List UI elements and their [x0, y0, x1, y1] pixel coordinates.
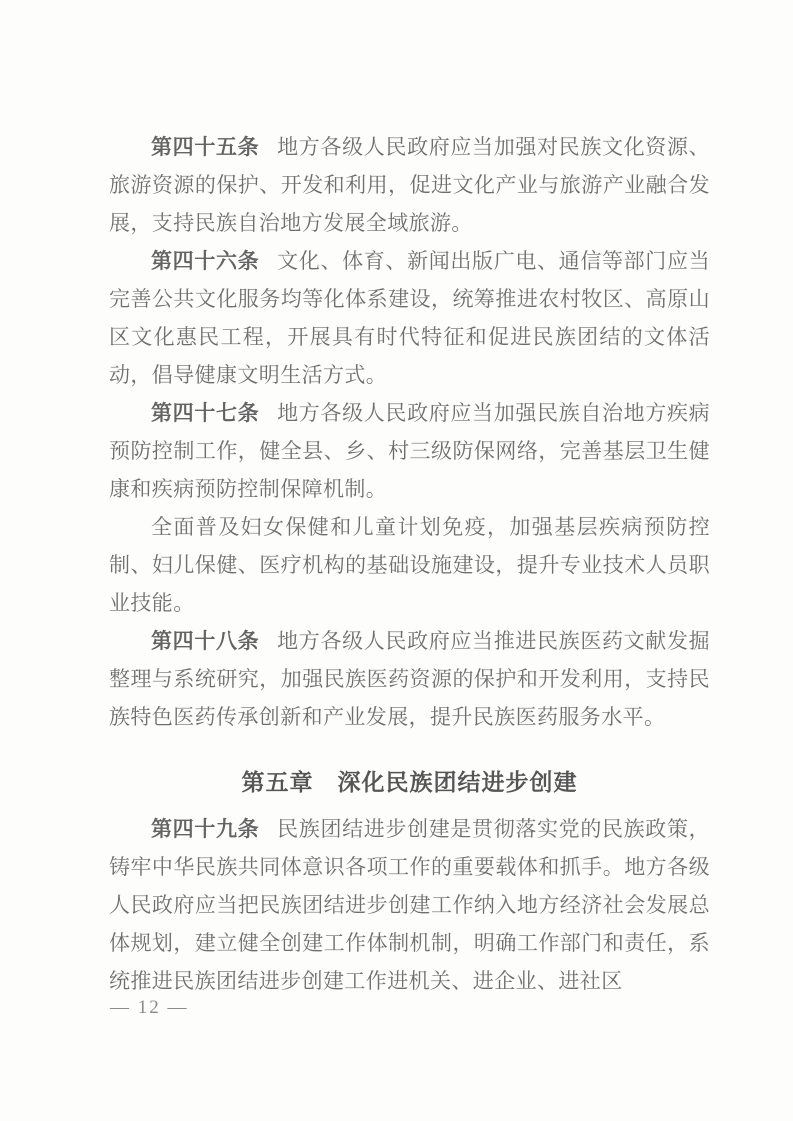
chapter-heading: 第五章 深化民族团结进步创建 — [109, 762, 710, 802]
article-paragraph: 第四十九条民族团结进步创建是贯彻落实党的民族政策，铸牢中华民族共同体意识各项工作… — [109, 810, 710, 1000]
body-paragraph: 全面普及妇女保健和儿童计划免疫，加强基层疾病预防控制、妇儿保健、医疗机构的基础设… — [109, 508, 710, 622]
article-paragraph: 第四十五条地方各级人民政府应当加强对民族文化资源、旅游资源的保护、开发和利用，促… — [109, 128, 710, 242]
article-number: 第四十五条 — [151, 135, 259, 159]
article-paragraph: 第四十八条地方各级人民政府应当推进民族医药文献发掘整理与系统研究，加强民族医药资… — [109, 622, 710, 736]
article-number: 第四十八条 — [151, 629, 259, 653]
article-paragraph: 第四十六条文化、体育、新闻出版广电、通信等部门应当完善公共文化服务均等化体系建设… — [109, 242, 710, 394]
article-number: 第四十七条 — [151, 401, 259, 425]
article-text: 民族团结进步创建是贯彻落实党的民族政策，铸牢中华民族共同体意识各项工作的重要载体… — [109, 817, 710, 993]
article-paragraph: 第四十七条地方各级人民政府应当加强民族自治地方疾病预防控制工作，健全县、乡、村三… — [109, 394, 710, 508]
page-number: — 12 — — [110, 996, 189, 1020]
article-number: 第四十六条 — [151, 249, 259, 273]
paragraph-text: 全面普及妇女保健和儿童计划免疫，加强基层疾病预防控制、妇儿保健、医疗机构的基础设… — [109, 515, 710, 615]
document-page: 第四十五条地方各级人民政府应当加强对民族文化资源、旅游资源的保护、开发和利用，促… — [0, 0, 793, 1121]
document-text-block: 第四十五条地方各级人民政府应当加强对民族文化资源、旅游资源的保护、开发和利用，促… — [109, 128, 710, 1000]
article-number: 第四十九条 — [151, 817, 259, 841]
